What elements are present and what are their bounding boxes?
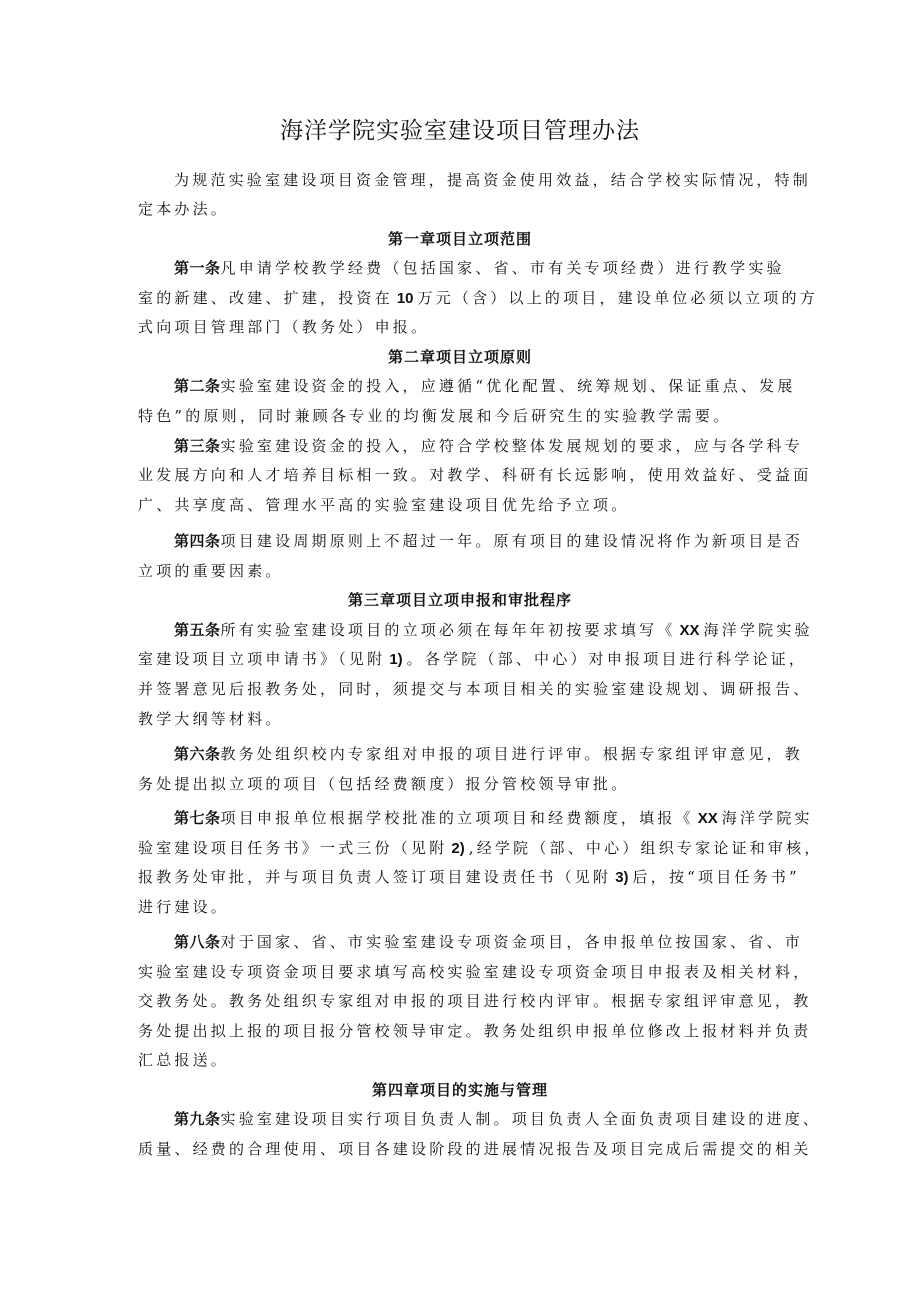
paragraph-line: 质量、经费的合理使用、项目各建设阶段的进展情况报告及项目完成后需提交的相关: [138, 1139, 811, 1159]
text-run: 进行建设。: [138, 898, 229, 916]
chapter-heading: 第三章项目立项申报和审批程序: [0, 590, 920, 610]
article-label: 第三条: [174, 437, 221, 455]
article-label: 第四条: [174, 532, 221, 550]
text-run: 所有实验室建设项目的立项必须在每年年初按要求填写《: [221, 621, 676, 639]
paragraph-line: 立项的重要因素。: [138, 561, 284, 581]
paragraph-line: 第一条凡申请学校教学经费（包括国家、省、市有关专项经费）进行教学实验: [174, 258, 785, 278]
text-run: 并签署意见后报教务处，同时，须提交与本项目相关的实验室建设规划、调研报告、: [138, 680, 811, 698]
text-run: 教务处组织校内专家组对申报的项目进行评审。根据专家组评审意见，教: [221, 745, 803, 763]
paragraph-line: 第三条实验室建设资金的投入，应符合学校整体发展规划的要求，应与各学科专: [174, 436, 803, 456]
text-run: 实验室建设资金的投入，应符合学校整体发展规划的要求，应与各学科专: [221, 437, 803, 455]
paragraph-line: 为规范实验室建设项目资金管理，提高资金使用效益，结合学校实际情况，特制: [174, 170, 811, 190]
paragraph-line: 报教务处审批，并与项目负责人签订项目建设责任书（见附3)后，按“项目任务书”: [138, 867, 800, 888]
text-run: 海洋学院实: [722, 809, 813, 827]
article-label: 第二条: [174, 377, 221, 395]
text-run: 质量、经费的合理使用、项目各建设阶段的进展情况报告及项目完成后需提交的相关: [138, 1140, 811, 1158]
text-run: 定本办法。: [138, 200, 229, 218]
paragraph-line: 汇总报送。: [138, 1050, 229, 1070]
inline-number: 1): [389, 651, 402, 668]
text-run: 项目建设周期原则上不超过一年。原有项目的建设情况将作为新项目是否: [221, 532, 803, 550]
inline-number: XX: [680, 622, 700, 639]
text-run: 汇总报送。: [138, 1051, 229, 1069]
text-run: 实验室建设专项资金项目要求填写高校实验室建设专项资金项目申报表及相关材料，: [138, 963, 811, 981]
paragraph-line: 实验室建设专项资金项目要求填写高校实验室建设专项资金项目申报表及相关材料，: [138, 962, 811, 982]
text-run: 第四章项目的实施与管理: [372, 1081, 548, 1099]
text-run: 第三章项目立项申报和审批程序: [348, 591, 572, 609]
text-run: 室建设项目立项申请书》（见附: [138, 650, 385, 668]
paragraph-line: 特色”的原则，同时兼顾各专业的均衡发展和今后研究生的实验教学需要。: [138, 406, 731, 426]
text-run: 验室建设项目任务书》一式三份（见附: [138, 839, 447, 857]
text-run: 项目申报单位根据学校批准的立项项目和经费额度，填报《: [221, 809, 694, 827]
text-run: 实验室建设项目实行项目负责人制。项目负责人全面负责项目建设的进度、: [221, 1110, 822, 1128]
inline-number: 3): [615, 869, 628, 886]
paragraph-line: 业发展方向和人才培养目标相一致。对教学、科研有长远影响，使用效益好、受益面: [138, 465, 811, 485]
paragraph-line: 第五条所有实验室建设项目的立项必须在每年年初按要求填写《XX海洋学院实验: [174, 620, 813, 641]
text-run: 第二章项目立项原则: [388, 348, 532, 366]
text-run: 室的新建、改建、扩建，投资在: [138, 289, 393, 307]
text-run: 第一章项目立项范围: [388, 230, 532, 248]
text-run: 特色”的原则，同时兼顾各专业的均衡发展和今后研究生的实验教学需要。: [138, 407, 731, 425]
inline-number: XX: [698, 810, 718, 827]
article-label: 第五条: [174, 621, 221, 639]
text-run: 教学大纲等材料。: [138, 710, 284, 728]
paragraph-line: 室的新建、改建、扩建，投资在10万元（含）以上的项目，建设单位必须以立项的方: [138, 288, 818, 309]
text-run: 万元（含）以上的项目，建设单位必须以立项的方: [418, 289, 818, 307]
chapter-heading: 第四章项目的实施与管理: [0, 1080, 920, 1100]
inline-number: 2): [451, 840, 464, 857]
paragraph-line: 进行建设。: [138, 897, 229, 917]
text-run: 交教务处。教务处组织专家组对申报的项目进行校内评审。根据专家组评审意见，教: [138, 992, 811, 1010]
text-run: 凡申请学校教学经费（包括国家、省、市有关专项经费）进行教学实验: [221, 259, 785, 277]
text-run: 为规范实验室建设项目资金管理，提高资金使用效益，结合学校实际情况，特制: [174, 171, 811, 189]
paragraph-line: 第二条实验室建设资金的投入，应遵循“优化配置、统筹规划、保证重点、发展: [174, 376, 796, 396]
text-run: ,经学院（部、中心）组织专家论证和审核，: [469, 839, 823, 857]
chapter-heading: 第一章项目立项范围: [0, 229, 920, 249]
text-run: 式向项目管理部门（教务处）申报。: [138, 318, 429, 336]
paragraph-line: 交教务处。教务处组织专家组对申报的项目进行校内评审。根据专家组评审意见，教: [138, 991, 811, 1011]
text-run: 。各学院（部、中心）对申报项目进行科学论证，: [407, 650, 807, 668]
text-run: 务处提出拟立项的项目（包括经费额度）报分管校领导审批。: [138, 775, 629, 793]
paragraph-line: 教学大纲等材料。: [138, 709, 284, 729]
article-label: 第一条: [174, 259, 221, 277]
paragraph-line: 第四条项目建设周期原则上不超过一年。原有项目的建设情况将作为新项目是否: [174, 531, 803, 551]
paragraph-line: 第九条实验室建设项目实行项目负责人制。项目负责人全面负责项目建设的进度、: [174, 1109, 821, 1129]
paragraph-line: 室建设项目立项申请书》（见附1)。各学院（部、中心）对申报项目进行科学论证，: [138, 649, 807, 670]
document-title: 海洋学院实验室建设项目管理办法: [0, 112, 920, 145]
text-run: 海洋学院实验: [704, 621, 813, 639]
article-label: 第九条: [174, 1110, 221, 1128]
text-run: 广、共享度高、管理水平高的实验室建设项目优先给予立项。: [138, 496, 629, 514]
text-run: 报教务处审批，并与项目负责人签订项目建设责任书（见附: [138, 868, 611, 886]
paragraph-line: 务处提出拟立项的项目（包括经费额度）报分管校领导审批。: [138, 774, 629, 794]
text-run: 务处提出拟上报的项目报分管校领导审定。教务处组织申报单位修改上报材料并负责: [138, 1022, 811, 1040]
article-label: 第七条: [174, 809, 221, 827]
paragraph-line: 务处提出拟上报的项目报分管校领导审定。教务处组织申报单位修改上报材料并负责: [138, 1021, 811, 1041]
text-run: 实验室建设资金的投入，应遵循“优化配置、统筹规划、保证重点、发展: [221, 377, 796, 395]
paragraph-line: 第八条对于国家、省、市实验室建设专项资金项目，各申报单位按国家、省、市: [174, 932, 803, 952]
text-run: 立项的重要因素。: [138, 562, 284, 580]
paragraph-line: 式向项目管理部门（教务处）申报。: [138, 317, 429, 337]
article-label: 第八条: [174, 933, 221, 951]
paragraph-line: 广、共享度高、管理水平高的实验室建设项目优先给予立项。: [138, 495, 629, 515]
article-label: 第六条: [174, 745, 221, 763]
text-run: 后，按“项目任务书”: [633, 868, 800, 886]
paragraph-line: 定本办法。: [138, 199, 229, 219]
text-run: 对于国家、省、市实验室建设专项资金项目，各申报单位按国家、省、市: [221, 933, 803, 951]
chapter-heading: 第二章项目立项原则: [0, 347, 920, 367]
text-run: 业发展方向和人才培养目标相一致。对教学、科研有长远影响，使用效益好、受益面: [138, 466, 811, 484]
paragraph-line: 第七条项目申报单位根据学校批准的立项项目和经费额度，填报《XX海洋学院实: [174, 808, 813, 829]
paragraph-line: 并签署意见后报教务处，同时，须提交与本项目相关的实验室建设规划、调研报告、: [138, 679, 811, 699]
paragraph-line: 验室建设项目任务书》一式三份（见附2),经学院（部、中心）组织专家论证和审核，: [138, 838, 823, 859]
inline-number: 10: [397, 290, 414, 307]
paragraph-line: 第六条教务处组织校内专家组对申报的项目进行评审。根据专家组评审意见，教: [174, 744, 803, 764]
